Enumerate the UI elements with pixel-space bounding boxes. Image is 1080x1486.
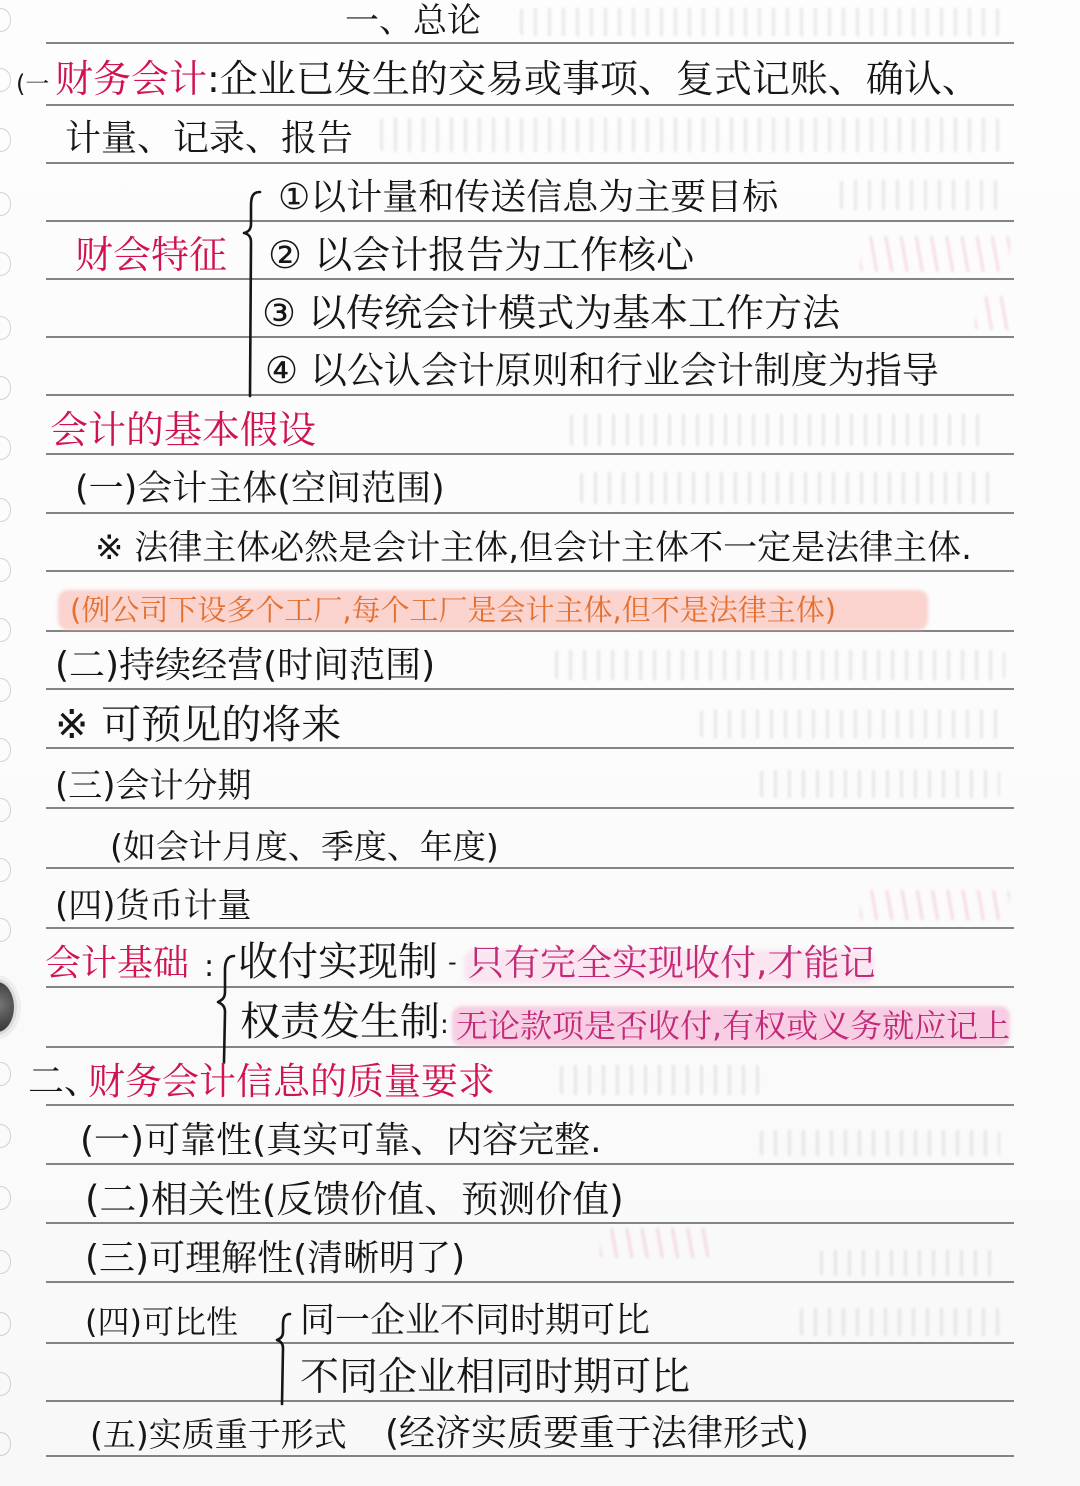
ruled-line	[46, 1104, 1014, 1106]
ruled-line	[46, 220, 1014, 222]
ruled-line	[46, 1046, 1014, 1048]
feature-item: ② 以会计报告为工作核心	[268, 236, 694, 274]
binding-hole	[0, 68, 11, 92]
ruled-line	[46, 278, 1014, 280]
binding-hole	[0, 436, 11, 460]
bleed-through-mark	[700, 710, 1000, 738]
assumption-period-title: (三)会计分期	[55, 769, 252, 803]
binding-hole	[0, 192, 11, 216]
bleed-through-mark	[860, 890, 1010, 920]
quality-heading: 财务会计信息的质量要求	[88, 1063, 495, 1100]
ruled-line	[46, 453, 1014, 455]
assumption-going-concern-note: ※ 可预见的将来	[55, 705, 341, 745]
accounting-basis-colon: :	[204, 952, 214, 982]
binding-hole	[0, 376, 11, 400]
bleed-through-mark	[580, 472, 1000, 504]
binding-hole	[0, 1124, 11, 1148]
substance-note: (经济实质要重于法律形式)	[385, 1416, 809, 1452]
ruled-line	[46, 927, 1014, 929]
ruled-line	[46, 104, 1014, 106]
ruled-line	[46, 630, 1014, 632]
binding-hole	[0, 678, 11, 702]
ruled-line	[46, 42, 1014, 44]
item-prefix: (一	[16, 72, 49, 96]
substance-title: (五)实质重于形式	[90, 1418, 347, 1451]
binding-hole	[0, 1062, 11, 1086]
bleed-through-mark	[820, 1250, 1000, 1276]
accounting-basis-label: 会计基础	[45, 946, 189, 982]
bleed-through-mark	[975, 296, 1015, 330]
ruled-line	[46, 1281, 1014, 1283]
features-label: 财会特征	[75, 236, 227, 274]
binding-hole	[0, 558, 11, 582]
bleed-through-mark	[380, 118, 1000, 152]
definition-text-continued: 计量、记录、报告	[65, 121, 353, 157]
comparability-item: 同一企业不同时期可比	[300, 1304, 650, 1339]
feature-item: ①以计量和传送信息为主要目标	[278, 180, 778, 216]
binding-hole	[0, 738, 11, 762]
brace-icon	[216, 950, 240, 1066]
quality-item: (三)可理解性(清晰明了)	[85, 1241, 465, 1277]
basis-item-desc: 无论款项是否收付,有权或义务就应记上	[456, 1010, 1010, 1042]
ruled-line	[46, 986, 1014, 988]
definition-text: 企业已发生的交易或事项、复式记账、确认、	[220, 57, 980, 101]
bleed-through-mark	[555, 650, 1005, 680]
feature-item: ④ 以公认会计原则和行业会计制度为指导	[265, 352, 939, 389]
binding-hole-dark	[0, 982, 14, 1032]
brace-icon	[274, 1310, 298, 1408]
assumption-entity-title: (一)会计主体(空间范围)	[75, 472, 445, 507]
ruled-line	[46, 1222, 1014, 1224]
notebook-page: 一、总论 (一 财务会计:企业已发生的交易或事项、复式记账、确认、 计量、记录、…	[0, 0, 1080, 1486]
bleed-through-mark	[760, 1130, 1000, 1156]
assumption-entity-example: (例公司下设多个工厂,每个工厂是会计主体,但不是法律主体)	[70, 596, 836, 625]
ruled-line	[46, 162, 1014, 164]
term-financial-accounting: 财务会计	[55, 57, 207, 101]
binding-hole	[0, 918, 11, 942]
binding-hole	[0, 798, 11, 822]
bleed-through-mark	[760, 770, 1000, 798]
ruled-line	[46, 336, 1014, 338]
binding-hole	[0, 618, 11, 642]
assumption-period-note: (如会计月度、季度、年度)	[110, 830, 499, 863]
ruled-line	[46, 688, 1014, 690]
basis-item-name: 收付实现制	[238, 942, 438, 982]
binding-hole	[0, 128, 11, 152]
binding-hole	[0, 498, 11, 522]
page-title: 一、总论	[345, 4, 481, 38]
bleed-through-mark	[560, 1065, 760, 1095]
assumptions-heading: 会计的基本假设	[50, 411, 316, 449]
ruled-line	[46, 1163, 1014, 1165]
binding-hole	[0, 1186, 11, 1210]
assumption-monetary-title: (四)货币计量	[55, 889, 252, 923]
bleed-through-mark	[840, 180, 1000, 210]
comparability-title: (四)可比性	[85, 1306, 238, 1338]
basis-item-sep: -	[448, 950, 457, 974]
comparability-item: 不同企业相同时期可比	[300, 1358, 690, 1397]
binding-hole	[0, 1312, 11, 1336]
binding-hole	[0, 252, 11, 276]
bleed-through-mark	[600, 1228, 710, 1258]
ruled-line	[46, 807, 1014, 809]
ruled-line	[46, 1455, 1014, 1457]
ruled-line	[46, 867, 1014, 869]
ruled-line	[46, 394, 1014, 396]
basis-item-desc: 只有完全实现收付,才能记	[468, 946, 875, 982]
bleed-through-mark	[520, 8, 1000, 36]
basis-item-name: 权责发生制	[240, 1002, 440, 1042]
binding-hole	[0, 1372, 11, 1396]
quality-item: (二)相关性(反馈价值、预测价值)	[85, 1181, 624, 1218]
ruled-line	[46, 512, 1014, 514]
bleed-through-mark	[800, 1308, 1000, 1336]
ruled-line	[46, 1400, 1014, 1402]
assumption-entity-note: ※ 法律主体必然是会计主体,但会计主体不一定是法律主体.	[95, 531, 972, 565]
ruled-line	[46, 570, 1014, 572]
binding-hole	[0, 8, 11, 32]
assumption-going-concern-title: (二)持续经营(时间范围)	[55, 648, 435, 684]
quality-item: (一)可靠性(真实可靠、内容完整.	[80, 1123, 602, 1159]
bleed-through-mark	[860, 236, 1010, 272]
basis-item-sep: :	[440, 1012, 449, 1038]
ruled-line	[46, 1342, 1014, 1344]
bleed-through-mark	[570, 414, 990, 446]
binding-hole	[0, 858, 11, 882]
binding-hole	[0, 1432, 11, 1456]
definition-line: 财务会计:企业已发生的交易或事项、复式记账、确认、	[55, 60, 980, 98]
feature-item: ③ 以传统会计模式为基本工作方法	[262, 294, 840, 332]
term-colon: :	[207, 57, 220, 101]
binding-hole	[0, 316, 11, 340]
binding-hole	[0, 1250, 11, 1274]
